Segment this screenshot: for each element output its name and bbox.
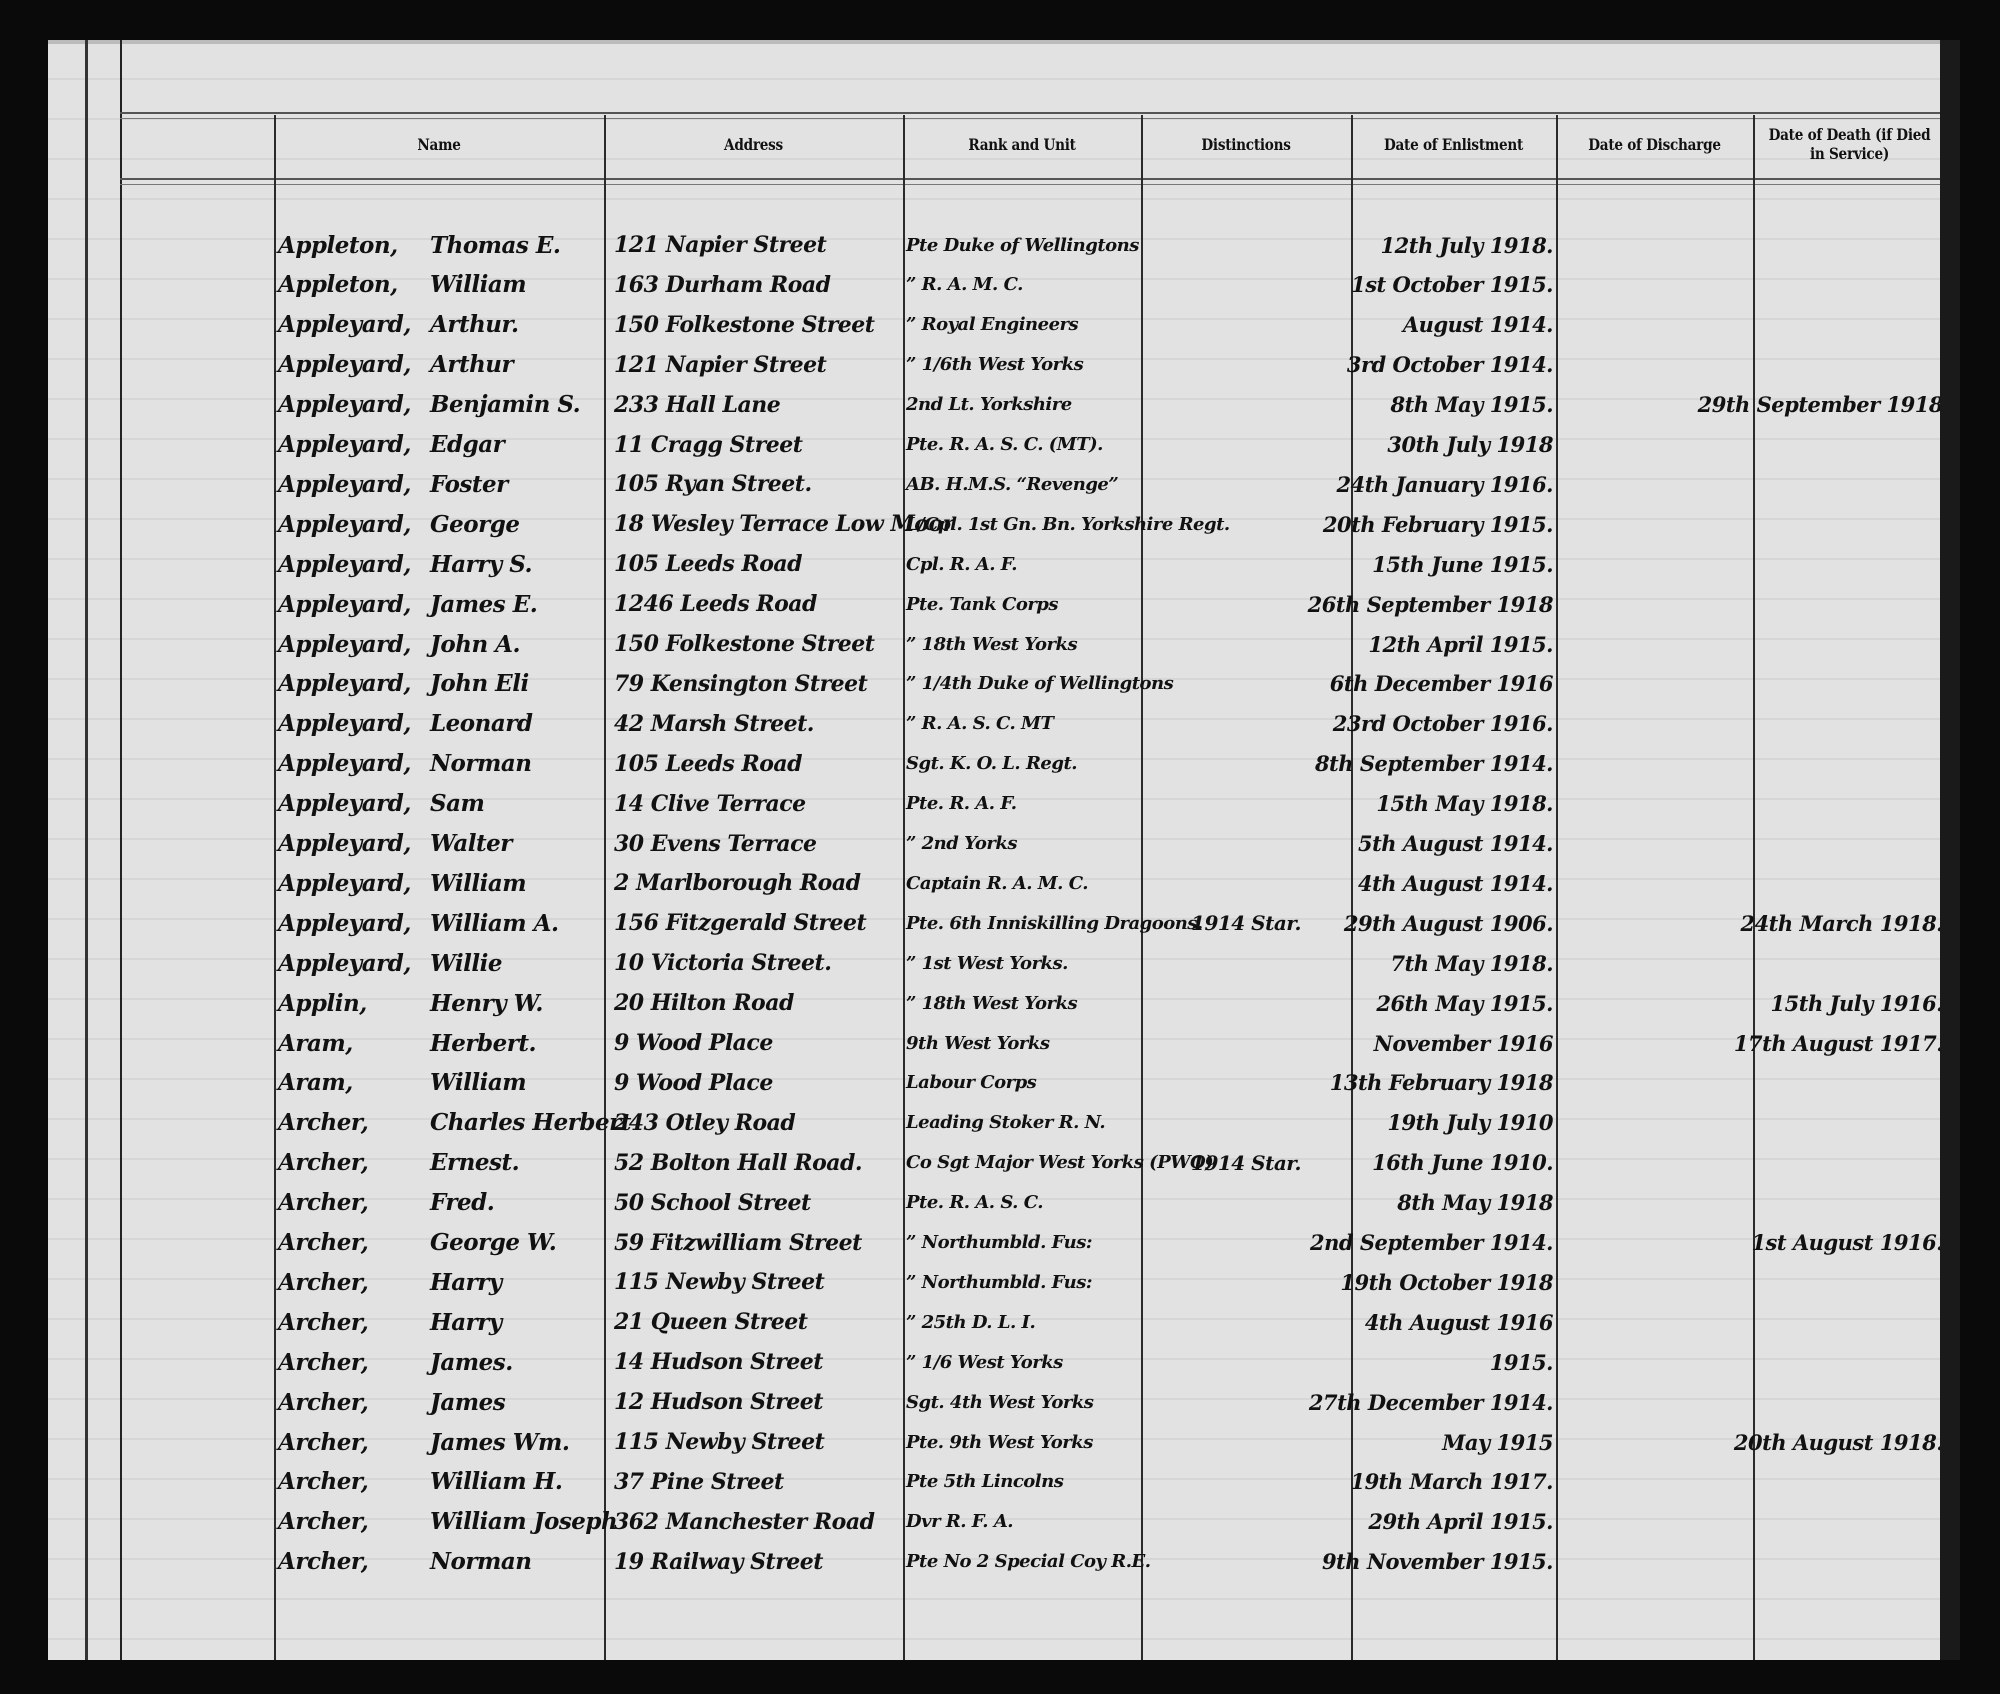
column-headers: Name Address Rank and Unit Distinctions … [48, 113, 1960, 175]
entry-death-date [1755, 1342, 1943, 1382]
entry-enlistment-date: 1st October 1915. [1353, 265, 1553, 305]
entry-death-date [1755, 225, 1943, 265]
entry-rank-unit: ” 18th West Yorks [906, 624, 1142, 664]
register-row: Archer,James.14 Hudson Street” 1/6 West … [48, 1342, 1960, 1382]
entry-enlistment-date: 12th April 1915. [1353, 624, 1553, 664]
entry-surname: Aram, [278, 1063, 428, 1103]
entry-discharge-date [1558, 1143, 1753, 1183]
entry-surname: Appleyard, [278, 824, 428, 864]
entry-forename: William Joseph [430, 1502, 606, 1542]
register-row: Appleyard,George18 Wesley Terrace Low Mo… [48, 504, 1960, 544]
register-row: Aram,William9 Wood PlaceLabour Corps13th… [48, 1063, 1960, 1103]
entry-discharge-date [1558, 464, 1753, 504]
register-row: Appleyard,Edgar11 Cragg StreetPte. R. A.… [48, 425, 1960, 465]
entry-distinctions [1143, 1502, 1349, 1542]
entry-rank-unit: Pte No 2 Special Coy R.E. [906, 1542, 1142, 1582]
register-row: Archer,Charles Herbert243 Otley RoadLead… [48, 1103, 1960, 1143]
entry-address: 105 Leeds Road [614, 744, 904, 784]
entry-death-date [1755, 1103, 1943, 1143]
page-top-edge [48, 40, 1960, 44]
entry-rank-unit: Labour Corps [906, 1063, 1142, 1103]
entry-discharge-date [1558, 1502, 1753, 1542]
entry-discharge-date [1558, 624, 1753, 664]
entry-death-date [1755, 1502, 1943, 1542]
register-row: Appleyard,Leonard42 Marsh Street.” R. A.… [48, 704, 1960, 744]
entry-surname: Appleyard, [278, 544, 428, 584]
entry-distinctions [1143, 784, 1349, 824]
entry-enlistment-date: 26th September 1918 [1353, 584, 1553, 624]
register-row: Appleyard,Harry S.105 Leeds RoadCpl. R. … [48, 544, 1960, 584]
entry-forename: George [430, 504, 606, 544]
header-name: Name [299, 113, 580, 175]
entry-rank-unit: ” 18th West Yorks [906, 983, 1142, 1023]
entry-rank-unit: ” R. A. S. C. MT [906, 704, 1142, 744]
entry-rank-unit: AB. H.M.S. “Revenge” [906, 464, 1142, 504]
header-enlistment: Date of Enlistment [1366, 113, 1540, 175]
entry-address: 150 Folkestone Street [614, 305, 904, 345]
entry-discharge-date [1558, 1183, 1753, 1223]
entry-death-date [1755, 664, 1943, 704]
entry-surname: Archer, [278, 1502, 428, 1542]
entry-distinctions [1143, 464, 1349, 504]
entry-discharge-date [1558, 504, 1753, 544]
entry-rank-unit: 9th West Yorks [906, 1023, 1142, 1063]
entry-rank-unit: ” 25th D. L. I. [906, 1302, 1142, 1342]
entry-forename: Walter [430, 824, 606, 864]
entry-rank-unit: Pte. 6th Inniskilling Dragoons. [906, 903, 1142, 943]
entry-distinctions [1143, 824, 1349, 864]
entry-address: 121 Napier Street [614, 345, 904, 385]
entry-surname: Archer, [278, 1382, 428, 1422]
entry-discharge-date [1558, 903, 1753, 943]
entry-death-date [1755, 784, 1943, 824]
entry-address: 30 Evens Terrace [614, 824, 904, 864]
entry-rank-unit: Pte. R. A. S. C. (MT). [906, 425, 1142, 465]
entry-address: 156 Fitzgerald Street [614, 903, 904, 943]
register-row: Appleyard,Arthur.150 Folkestone Street” … [48, 305, 1960, 345]
entry-discharge-date [1558, 225, 1753, 265]
entry-address: 233 Hall Lane [614, 385, 904, 425]
entry-surname: Appleyard, [278, 425, 428, 465]
entry-rank-unit: Co Sgt Major West Yorks (PWO) [906, 1143, 1142, 1183]
entry-address: 243 Otley Road [614, 1103, 904, 1143]
entry-enlistment-date: 15th June 1915. [1353, 544, 1553, 584]
entry-distinctions [1143, 1342, 1349, 1382]
entry-distinctions [1143, 504, 1349, 544]
entry-address: 115 Newby Street [614, 1262, 904, 1302]
entry-address: 2 Marlborough Road [614, 863, 904, 903]
entry-distinctions [1143, 345, 1349, 385]
register-row: Appleyard,William A.156 Fitzgerald Stree… [48, 903, 1960, 943]
entry-forename: William A. [430, 903, 606, 943]
entry-distinctions [1143, 1462, 1349, 1502]
entry-address: 362 Manchester Road [614, 1502, 904, 1542]
entry-forename: James Wm. [430, 1422, 606, 1462]
entry-death-date [1755, 1183, 1943, 1223]
register-row: Archer,Ernest.52 Bolton Hall Road.Co Sgt… [48, 1143, 1960, 1183]
entry-forename: Sam [430, 784, 606, 824]
entry-forename: Herbert. [430, 1023, 606, 1063]
entry-rank-unit: ” 1/4th Duke of Wellingtons [906, 664, 1142, 704]
entry-enlistment-date: 19th July 1910 [1353, 1103, 1553, 1143]
entry-surname: Archer, [278, 1422, 428, 1462]
entry-discharge-date [1558, 1542, 1753, 1582]
entry-death-date [1755, 863, 1943, 903]
entry-forename: Fred. [430, 1183, 606, 1223]
entry-discharge-date [1558, 425, 1753, 465]
entry-address: 121 Napier Street [614, 225, 904, 265]
entry-forename: Leonard [430, 704, 606, 744]
entry-rank-unit: ” Northumbld. Fus: [906, 1262, 1142, 1302]
entry-surname: Applin, [278, 983, 428, 1023]
entry-forename: William [430, 1063, 606, 1103]
register-row: Appleyard,John Eli79 Kensington Street” … [48, 664, 1960, 704]
entry-forename: William [430, 863, 606, 903]
register-row: Appleyard,Willie10 Victoria Street.” 1st… [48, 943, 1960, 983]
entry-enlistment-date: May 1915 [1353, 1422, 1553, 1462]
entry-forename: James E. [430, 584, 606, 624]
register-row: Archer,Harry21 Queen Street” 25th D. L. … [48, 1302, 1960, 1342]
register-row: Archer,James Wm.115 Newby StreetPte. 9th… [48, 1422, 1960, 1462]
entry-surname: Appleton, [278, 225, 428, 265]
entry-death-date [1755, 1542, 1943, 1582]
entry-enlistment-date: 27th December 1914. [1353, 1382, 1553, 1422]
entry-surname: Appleyard, [278, 784, 428, 824]
entry-rank-unit: Pte Duke of Wellingtons [906, 225, 1142, 265]
entry-surname: Appleyard, [278, 704, 428, 744]
entry-distinctions [1143, 624, 1349, 664]
entry-surname: Appleyard, [278, 345, 428, 385]
entry-address: 14 Clive Terrace [614, 784, 904, 824]
entry-distinctions [1143, 1103, 1349, 1143]
entry-rank-unit: Cpl. R. A. F. [906, 544, 1142, 584]
entry-discharge-date [1558, 544, 1753, 584]
entry-enlistment-date: 9th November 1915. [1353, 1542, 1553, 1582]
entry-discharge-date [1558, 1462, 1753, 1502]
entry-forename: John Eli [430, 664, 606, 704]
entry-forename: Norman [430, 1542, 606, 1582]
entry-rank-unit: ” 1/6 West Yorks [906, 1342, 1142, 1382]
entry-surname: Appleyard, [278, 903, 428, 943]
entry-death-date [1755, 824, 1943, 864]
entry-address: 9 Wood Place [614, 1023, 904, 1063]
register-row: Appleyard,Walter30 Evens Terrace” 2nd Yo… [48, 824, 1960, 864]
entry-rank-unit: Sgt. 4th West Yorks [906, 1382, 1142, 1422]
entry-death-date [1755, 943, 1943, 983]
entry-death-date [1755, 584, 1943, 624]
entry-death-date: 20th August 1918. [1755, 1422, 1943, 1462]
entry-distinctions [1143, 425, 1349, 465]
entry-rank-unit: ” Northumbld. Fus: [906, 1223, 1142, 1263]
entry-address: 163 Durham Road [614, 265, 904, 305]
entry-discharge-date [1558, 1103, 1753, 1143]
entry-discharge-date [1558, 265, 1753, 305]
entry-enlistment-date: 19th October 1918 [1353, 1262, 1553, 1302]
entry-enlistment-date: 23rd October 1916. [1353, 704, 1553, 744]
entry-distinctions [1143, 1262, 1349, 1302]
entry-enlistment-date: November 1916 [1353, 1023, 1553, 1063]
entry-discharge-date [1558, 1063, 1753, 1103]
register-row: Applin,Henry W.20 Hilton Road” 18th West… [48, 983, 1960, 1023]
entry-enlistment-date: August 1914. [1353, 305, 1553, 345]
header-distinctions: Distinctions [1157, 113, 1336, 175]
entry-enlistment-date: 13th February 1918 [1353, 1063, 1553, 1103]
header-rank-unit: Rank and Unit [921, 113, 1123, 175]
entry-address: 18 Wesley Terrace Low Moor [614, 504, 904, 544]
entry-discharge-date [1558, 943, 1753, 983]
entry-address: 20 Hilton Road [614, 983, 904, 1023]
entry-forename: Foster [430, 464, 606, 504]
entry-enlistment-date: 19th March 1917. [1353, 1462, 1553, 1502]
register-row: Appleyard,Benjamin S.233 Hall Lane2nd Lt… [48, 385, 1960, 425]
entry-enlistment-date: 29th April 1915. [1353, 1502, 1553, 1542]
entry-address: 115 Newby Street [614, 1422, 904, 1462]
entry-enlistment-date: 29th August 1906. [1353, 903, 1553, 943]
entry-surname: Appleyard, [278, 584, 428, 624]
entry-address: 50 School Street [614, 1183, 904, 1223]
entry-discharge-date [1558, 1422, 1753, 1462]
entry-death-date: 1st August 1916. [1755, 1223, 1943, 1263]
register-row: Archer,William Joseph362 Manchester Road… [48, 1502, 1960, 1542]
entry-rank-unit: ” 1st West Yorks. [906, 943, 1142, 983]
entry-enlistment-date: 6th December 1916 [1353, 664, 1553, 704]
entry-death-date [1755, 1143, 1943, 1183]
entry-address: 10 Victoria Street. [614, 943, 904, 983]
entry-distinctions [1143, 1023, 1349, 1063]
register-row: Appleton,Thomas E.121 Napier StreetPte D… [48, 225, 1960, 265]
entry-rank-unit: L/Cpl. 1st Gn. Bn. Yorkshire Regt. [906, 504, 1142, 544]
entry-enlistment-date: 7th May 1918. [1353, 943, 1553, 983]
entry-distinctions [1143, 704, 1349, 744]
entry-surname: Archer, [278, 1183, 428, 1223]
header-death: Date of Death (if Died in Service) [1767, 113, 1931, 175]
entry-enlistment-date: 2nd September 1914. [1353, 1223, 1553, 1263]
entry-surname: Appleyard, [278, 744, 428, 784]
entry-forename: William H. [430, 1462, 606, 1502]
entry-surname: Archer, [278, 1223, 428, 1263]
entry-forename: Arthur. [430, 305, 606, 345]
register-row: Archer,Harry115 Newby Street” Northumbld… [48, 1262, 1960, 1302]
entry-distinctions [1143, 1542, 1349, 1582]
entry-death-date [1755, 704, 1943, 744]
entry-forename: Arthur [430, 345, 606, 385]
entry-enlistment-date: 15th May 1918. [1353, 784, 1553, 824]
entry-forename: Harry [430, 1262, 606, 1302]
entry-enlistment-date: 16th June 1910. [1353, 1143, 1553, 1183]
register-row: Archer,William H.37 Pine StreetPte 5th L… [48, 1462, 1960, 1502]
entry-surname: Appleyard, [278, 464, 428, 504]
entry-discharge-date [1558, 983, 1753, 1023]
entry-enlistment-date: 8th September 1914. [1353, 744, 1553, 784]
register-row: Archer,George W.59 Fitzwilliam Street” N… [48, 1223, 1960, 1263]
entry-rank-unit: Pte. R. A. S. C. [906, 1183, 1142, 1223]
entry-address: 1246 Leeds Road [614, 584, 904, 624]
entry-death-date [1755, 265, 1943, 305]
register-page: Name Address Rank and Unit Distinctions … [48, 40, 1960, 1660]
entry-enlistment-date: 24th January 1916. [1353, 464, 1553, 504]
entry-death-date [1755, 1382, 1943, 1422]
entry-address: 9 Wood Place [614, 1063, 904, 1103]
entry-surname: Aram, [278, 1023, 428, 1063]
entry-address: 37 Pine Street [614, 1462, 904, 1502]
entry-discharge-date [1558, 1223, 1753, 1263]
register-row: Appleton,William163 Durham Road” R. A. M… [48, 265, 1960, 305]
entry-discharge-date [1558, 664, 1753, 704]
entry-rank-unit: Pte. R. A. F. [906, 784, 1142, 824]
entry-distinctions [1143, 544, 1349, 584]
entry-discharge-date [1558, 1342, 1753, 1382]
entry-forename: George W. [430, 1223, 606, 1263]
entry-distinctions [1143, 385, 1349, 425]
entry-discharge-date [1558, 584, 1753, 624]
entry-discharge-date [1558, 1023, 1753, 1063]
entry-distinctions [1143, 664, 1349, 704]
register-row: Appleyard,John A.150 Folkestone Street” … [48, 624, 1960, 664]
entry-distinctions [1143, 863, 1349, 903]
entry-discharge-date [1558, 863, 1753, 903]
entry-death-date [1755, 305, 1943, 345]
entry-discharge-date [1558, 345, 1753, 385]
entry-forename: Benjamin S. [430, 385, 606, 425]
entry-enlistment-date: 26th May 1915. [1353, 983, 1553, 1023]
entry-death-date: 24th March 1918. [1755, 903, 1943, 943]
entry-forename: Henry W. [430, 983, 606, 1023]
entry-rank-unit: ” 2nd Yorks [906, 824, 1142, 864]
entry-address: 12 Hudson Street [614, 1382, 904, 1422]
entry-rank-unit: Captain R. A. M. C. [906, 863, 1142, 903]
entry-surname: Appleyard, [278, 664, 428, 704]
register-row: Aram,Herbert.9 Wood Place9th West YorksN… [48, 1023, 1960, 1063]
entry-forename: James. [430, 1342, 606, 1382]
register-row: Appleyard,Foster105 Ryan Street.AB. H.M.… [48, 464, 1960, 504]
entry-forename: Harry S. [430, 544, 606, 584]
entry-distinctions [1143, 943, 1349, 983]
entry-rank-unit: Leading Stoker R. N. [906, 1103, 1142, 1143]
entry-surname: Appleyard, [278, 385, 428, 425]
entry-distinctions: 1914 Star. [1143, 1143, 1349, 1183]
entry-surname: Appleyard, [278, 863, 428, 903]
entry-address: 79 Kensington Street [614, 664, 904, 704]
header-discharge: Date of Discharge [1571, 113, 1738, 175]
entry-discharge-date [1558, 1382, 1753, 1422]
entry-address: 21 Queen Street [614, 1302, 904, 1342]
entry-address: 150 Folkestone Street [614, 624, 904, 664]
entry-rank-unit: 2nd Lt. Yorkshire [906, 385, 1142, 425]
entry-rank-unit: ” Royal Engineers [906, 305, 1142, 345]
entry-death-date [1755, 1462, 1943, 1502]
entry-distinctions [1143, 225, 1349, 265]
entry-death-date: 29th September 1918 [1755, 385, 1943, 425]
entry-death-date [1755, 624, 1943, 664]
entry-surname: Appleyard, [278, 624, 428, 664]
entry-forename: Willie [430, 943, 606, 983]
entry-enlistment-date: 5th August 1914. [1353, 824, 1553, 864]
entry-surname: Archer, [278, 1302, 428, 1342]
register-row: Archer,James12 Hudson StreetSgt. 4th Wes… [48, 1382, 1960, 1422]
entry-discharge-date [1558, 1262, 1753, 1302]
entry-surname: Archer, [278, 1542, 428, 1582]
entry-death-date: 15th July 1916. [1755, 983, 1943, 1023]
entry-death-date [1755, 1302, 1943, 1342]
entry-address: 105 Ryan Street. [614, 464, 904, 504]
entry-enlistment-date: 4th August 1914. [1353, 863, 1553, 903]
entry-death-date [1755, 544, 1943, 584]
entry-forename: Ernest. [430, 1143, 606, 1183]
entry-surname: Appleyard, [278, 504, 428, 544]
entry-surname: Archer, [278, 1462, 428, 1502]
entry-rank-unit: ” R. A. M. C. [906, 265, 1142, 305]
entry-discharge-date [1558, 744, 1753, 784]
entry-distinctions [1143, 1183, 1349, 1223]
entry-distinctions [1143, 265, 1349, 305]
entry-rank-unit: Dvr R. F. A. [906, 1502, 1142, 1542]
register-row: Archer,Norman19 Railway StreetPte No 2 S… [48, 1542, 1960, 1582]
header-address: Address [626, 113, 880, 175]
register-row: Appleyard,Norman105 Leeds RoadSgt. K. O.… [48, 744, 1960, 784]
entry-discharge-date [1558, 824, 1753, 864]
entry-discharge-date [1558, 305, 1753, 345]
entry-address: 105 Leeds Road [614, 544, 904, 584]
entry-distinctions [1143, 305, 1349, 345]
entry-discharge-date [1558, 1302, 1753, 1342]
entry-death-date [1755, 744, 1943, 784]
entry-forename: Charles Herbert [430, 1103, 606, 1143]
entry-rank-unit: Pte. Tank Corps [906, 584, 1142, 624]
entry-forename: William [430, 265, 606, 305]
entry-enlistment-date: 1915. [1353, 1342, 1553, 1382]
entry-address: 52 Bolton Hall Road. [614, 1143, 904, 1183]
entry-distinctions [1143, 1063, 1349, 1103]
entry-enlistment-date: 8th May 1918 [1353, 1183, 1553, 1223]
entry-surname: Archer, [278, 1262, 428, 1302]
entry-discharge-date [1558, 784, 1753, 824]
entry-distinctions [1143, 1422, 1349, 1462]
entry-address: 42 Marsh Street. [614, 704, 904, 744]
entry-enlistment-date: 8th May 1915. [1353, 385, 1553, 425]
entry-surname: Appleyard, [278, 305, 428, 345]
entry-enlistment-date: 12th July 1918. [1353, 225, 1553, 265]
register-row: Appleyard,Arthur121 Napier Street” 1/6th… [48, 345, 1960, 385]
entry-distinctions [1143, 1302, 1349, 1342]
entry-distinctions [1143, 983, 1349, 1023]
entry-forename: Edgar [430, 425, 606, 465]
entry-discharge-date [1558, 704, 1753, 744]
entry-forename: John A. [430, 624, 606, 664]
entry-rank-unit: Pte 5th Lincolns [906, 1462, 1142, 1502]
register-row: Archer,Fred.50 School StreetPte. R. A. S… [48, 1183, 1960, 1223]
entry-enlistment-date: 3rd October 1914. [1353, 345, 1553, 385]
entry-surname: Archer, [278, 1103, 428, 1143]
entry-death-date [1755, 1063, 1943, 1103]
entry-forename: Harry [430, 1302, 606, 1342]
entry-address: 59 Fitzwilliam Street [614, 1223, 904, 1263]
register-row: Appleyard,James E.1246 Leeds RoadPte. Ta… [48, 584, 1960, 624]
entry-surname: Appleton, [278, 265, 428, 305]
header-bottom-rule [120, 178, 1960, 185]
entry-enlistment-date: 30th July 1918 [1353, 425, 1553, 465]
entry-death-date [1755, 345, 1943, 385]
entry-surname: Appleyard, [278, 943, 428, 983]
register-row: Appleyard,Sam14 Clive TerracePte. R. A. … [48, 784, 1960, 824]
entry-death-date [1755, 425, 1943, 465]
entry-forename: Norman [430, 744, 606, 784]
entry-surname: Archer, [278, 1342, 428, 1382]
entry-rank-unit: ” 1/6th West Yorks [906, 345, 1142, 385]
entry-death-date [1755, 464, 1943, 504]
entry-forename: James [430, 1382, 606, 1422]
entry-distinctions: 1914 Star. [1143, 903, 1349, 943]
entry-death-date [1755, 1262, 1943, 1302]
